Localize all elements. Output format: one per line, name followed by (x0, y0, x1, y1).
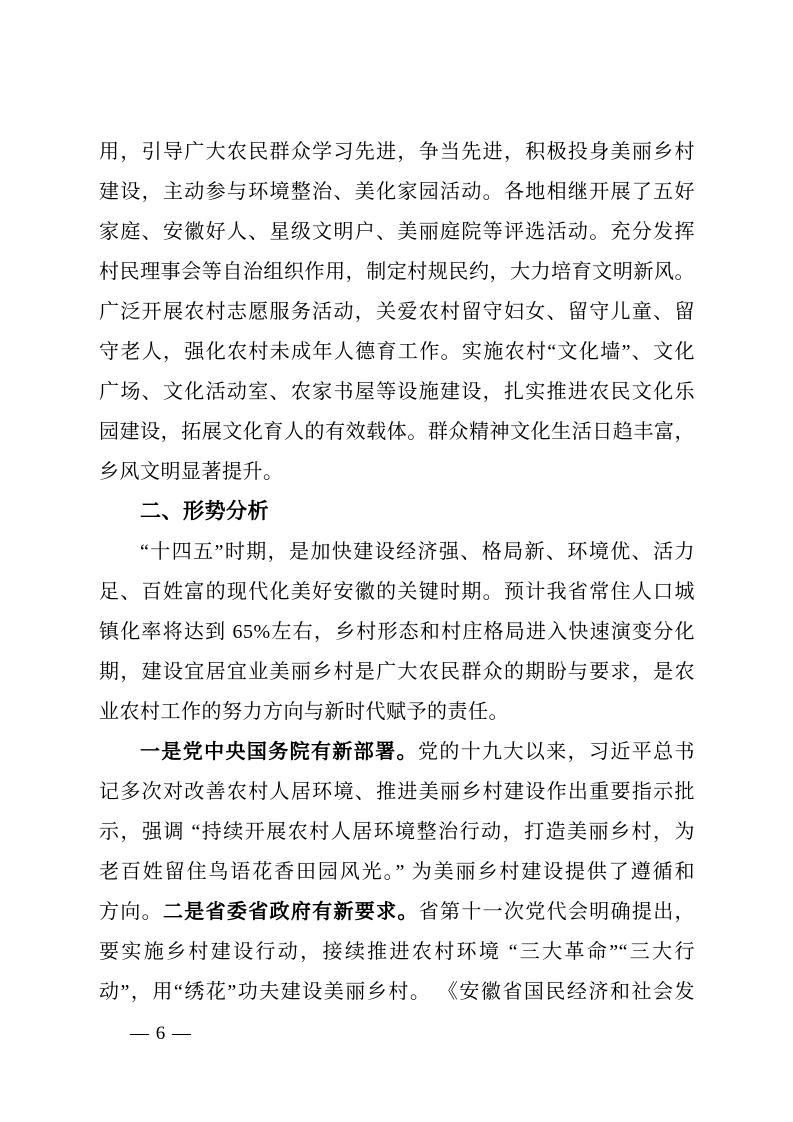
document-page: 用，引导广大农民群众学习先进，争当先进，积极投身美丽乡村建设，主动参与环境整治、… (0, 0, 793, 1122)
text-run: 守老人，强化农村未成年人德育工作。实施农村“文化墙”、文化 (99, 341, 695, 363)
text-line: 记多次对改善农村人居环境、推进美丽乡村建设作出重要指示批 (99, 772, 695, 812)
bold-text-run: 一是党中央国务院有新部署。 (140, 741, 418, 763)
text-line: 方向。二是省委省政府有新要求。省第十一次党代会明确提出， (99, 892, 695, 932)
text-line: 守老人，强化农村未成年人德育工作。实施农村“文化墙”、文化 (99, 332, 695, 372)
text-run: 足、百姓富的现代化美好安徽的关键时期。预计我省常住人口城 (99, 581, 695, 603)
text-run: 乡风文明显著提升。 (99, 461, 284, 483)
text-run: 广泛开展农村志愿服务活动，关爱农村留守妇女、留守儿童、留 (99, 301, 695, 323)
text-line: 足、百姓富的现代化美好安徽的关键时期。预计我省常住人口城 (99, 572, 695, 612)
text-run: 期，建设宜居宜业美丽乡村是广大农民群众的期盼与要求，是农 (99, 661, 695, 683)
text-line: 一是党中央国务院有新部署。党的十九大以来，习近平总书 (99, 732, 695, 772)
text-line: 用，引导广大农民群众学习先进，争当先进，积极投身美丽乡村 (99, 132, 695, 172)
text-run: 动”，用“绣花”功夫建设美丽乡村。 《安徽省国民经济和社会发 (99, 981, 695, 1003)
text-run: 党的十九大以来，习近平总书 (418, 741, 695, 763)
text-line: 动”，用“绣花”功夫建设美丽乡村。 《安徽省国民经济和社会发 (99, 972, 695, 1012)
text-line: 二、形势分析 (99, 492, 695, 532)
document-body: 用，引导广大农民群众学习先进，争当先进，积极投身美丽乡村建设，主动参与环境整治、… (99, 132, 695, 1012)
text-run: 老百姓留住鸟语花香田园风光。” 为美丽乡村建设提供了遵循和 (99, 861, 695, 883)
bold-text-run: 二是省委省政府有新要求。 (163, 901, 419, 923)
text-line: 期，建设宜居宜业美丽乡村是广大农民群众的期盼与要求，是农 (99, 652, 695, 692)
text-run: 省第十一次党代会明确提出， (419, 901, 695, 923)
text-run: 方向。 (99, 901, 163, 923)
text-run: 建设，主动参与环境整治、美化家园活动。各地相继开展了五好 (99, 181, 695, 203)
text-line: 老百姓留住鸟语花香田园风光。” 为美丽乡村建设提供了遵循和 (99, 852, 695, 892)
text-run: “十四五”时期，是加快建设经济强、格局新、环境优、活力 (140, 541, 695, 563)
text-line: 广泛开展农村志愿服务活动，关爱农村留守妇女、留守儿童、留 (99, 292, 695, 332)
section-heading: 二、形势分析 (99, 492, 695, 532)
text-line: 要实施乡村建设行动，接续推进农村环境 “三大革命”“三大行 (99, 932, 695, 972)
text-line: 建设，主动参与环境整治、美化家园活动。各地相继开展了五好 (99, 172, 695, 212)
text-line: 业农村工作的努力方向与新时代赋予的责任。 (99, 692, 695, 732)
text-line: 广场、文化活动室、农家书屋等设施建设，扎实推进农民文化乐 (99, 372, 695, 412)
text-run: 村民理事会等自治组织作用，制定村规民约，大力培育文明新风。 (99, 261, 695, 283)
paragraph: 用，引导广大农民群众学习先进，争当先进，积极投身美丽乡村建设，主动参与环境整治、… (99, 132, 695, 492)
text-run: 记多次对改善农村人居环境、推进美丽乡村建设作出重要指示批 (99, 781, 695, 803)
text-line: 家庭、安徽好人、星级文明户、美丽庭院等评选活动。充分发挥 (99, 212, 695, 252)
bold-text-run: 二、形势分析 (140, 500, 269, 523)
text-run: 镇化率将达到 65%左右，乡村形态和村庄格局进入快速演变分化 (99, 621, 695, 643)
text-run: 用，引导广大农民群众学习先进，争当先进，积极投身美丽乡村 (99, 141, 695, 163)
text-line: 镇化率将达到 65%左右，乡村形态和村庄格局进入快速演变分化 (99, 612, 695, 652)
text-line: 村民理事会等自治组织作用，制定村规民约，大力培育文明新风。 (99, 252, 695, 292)
text-run: 示，强调 “持续开展农村人居环境整治行动，打造美丽乡村，为 (99, 821, 695, 843)
text-line: 乡风文明显著提升。 (99, 452, 695, 492)
text-run: 业农村工作的努力方向与新时代赋予的责任。 (99, 701, 509, 723)
text-run: 要实施乡村建设行动，接续推进农村环境 “三大革命”“三大行 (99, 941, 695, 963)
text-run: 家庭、安徽好人、星级文明户、美丽庭院等评选活动。充分发挥 (99, 221, 695, 243)
text-run: 园建设，拓展文化育人的有效载体。群众精神文化生活日趋丰富， (99, 421, 695, 443)
text-line: 示，强调 “持续开展农村人居环境整治行动，打造美丽乡村，为 (99, 812, 695, 852)
text-run: 广场、文化活动室、农家书屋等设施建设，扎实推进农民文化乐 (99, 381, 695, 403)
page-number: — 6 — (130, 1020, 192, 1048)
paragraph: “十四五”时期，是加快建设经济强、格局新、环境优、活力足、百姓富的现代化美好安徽… (99, 532, 695, 732)
text-line: 园建设，拓展文化育人的有效载体。群众精神文化生活日趋丰富， (99, 412, 695, 452)
text-line: “十四五”时期，是加快建设经济强、格局新、环境优、活力 (99, 532, 695, 572)
paragraph: 一是党中央国务院有新部署。党的十九大以来，习近平总书记多次对改善农村人居环境、推… (99, 732, 695, 1012)
